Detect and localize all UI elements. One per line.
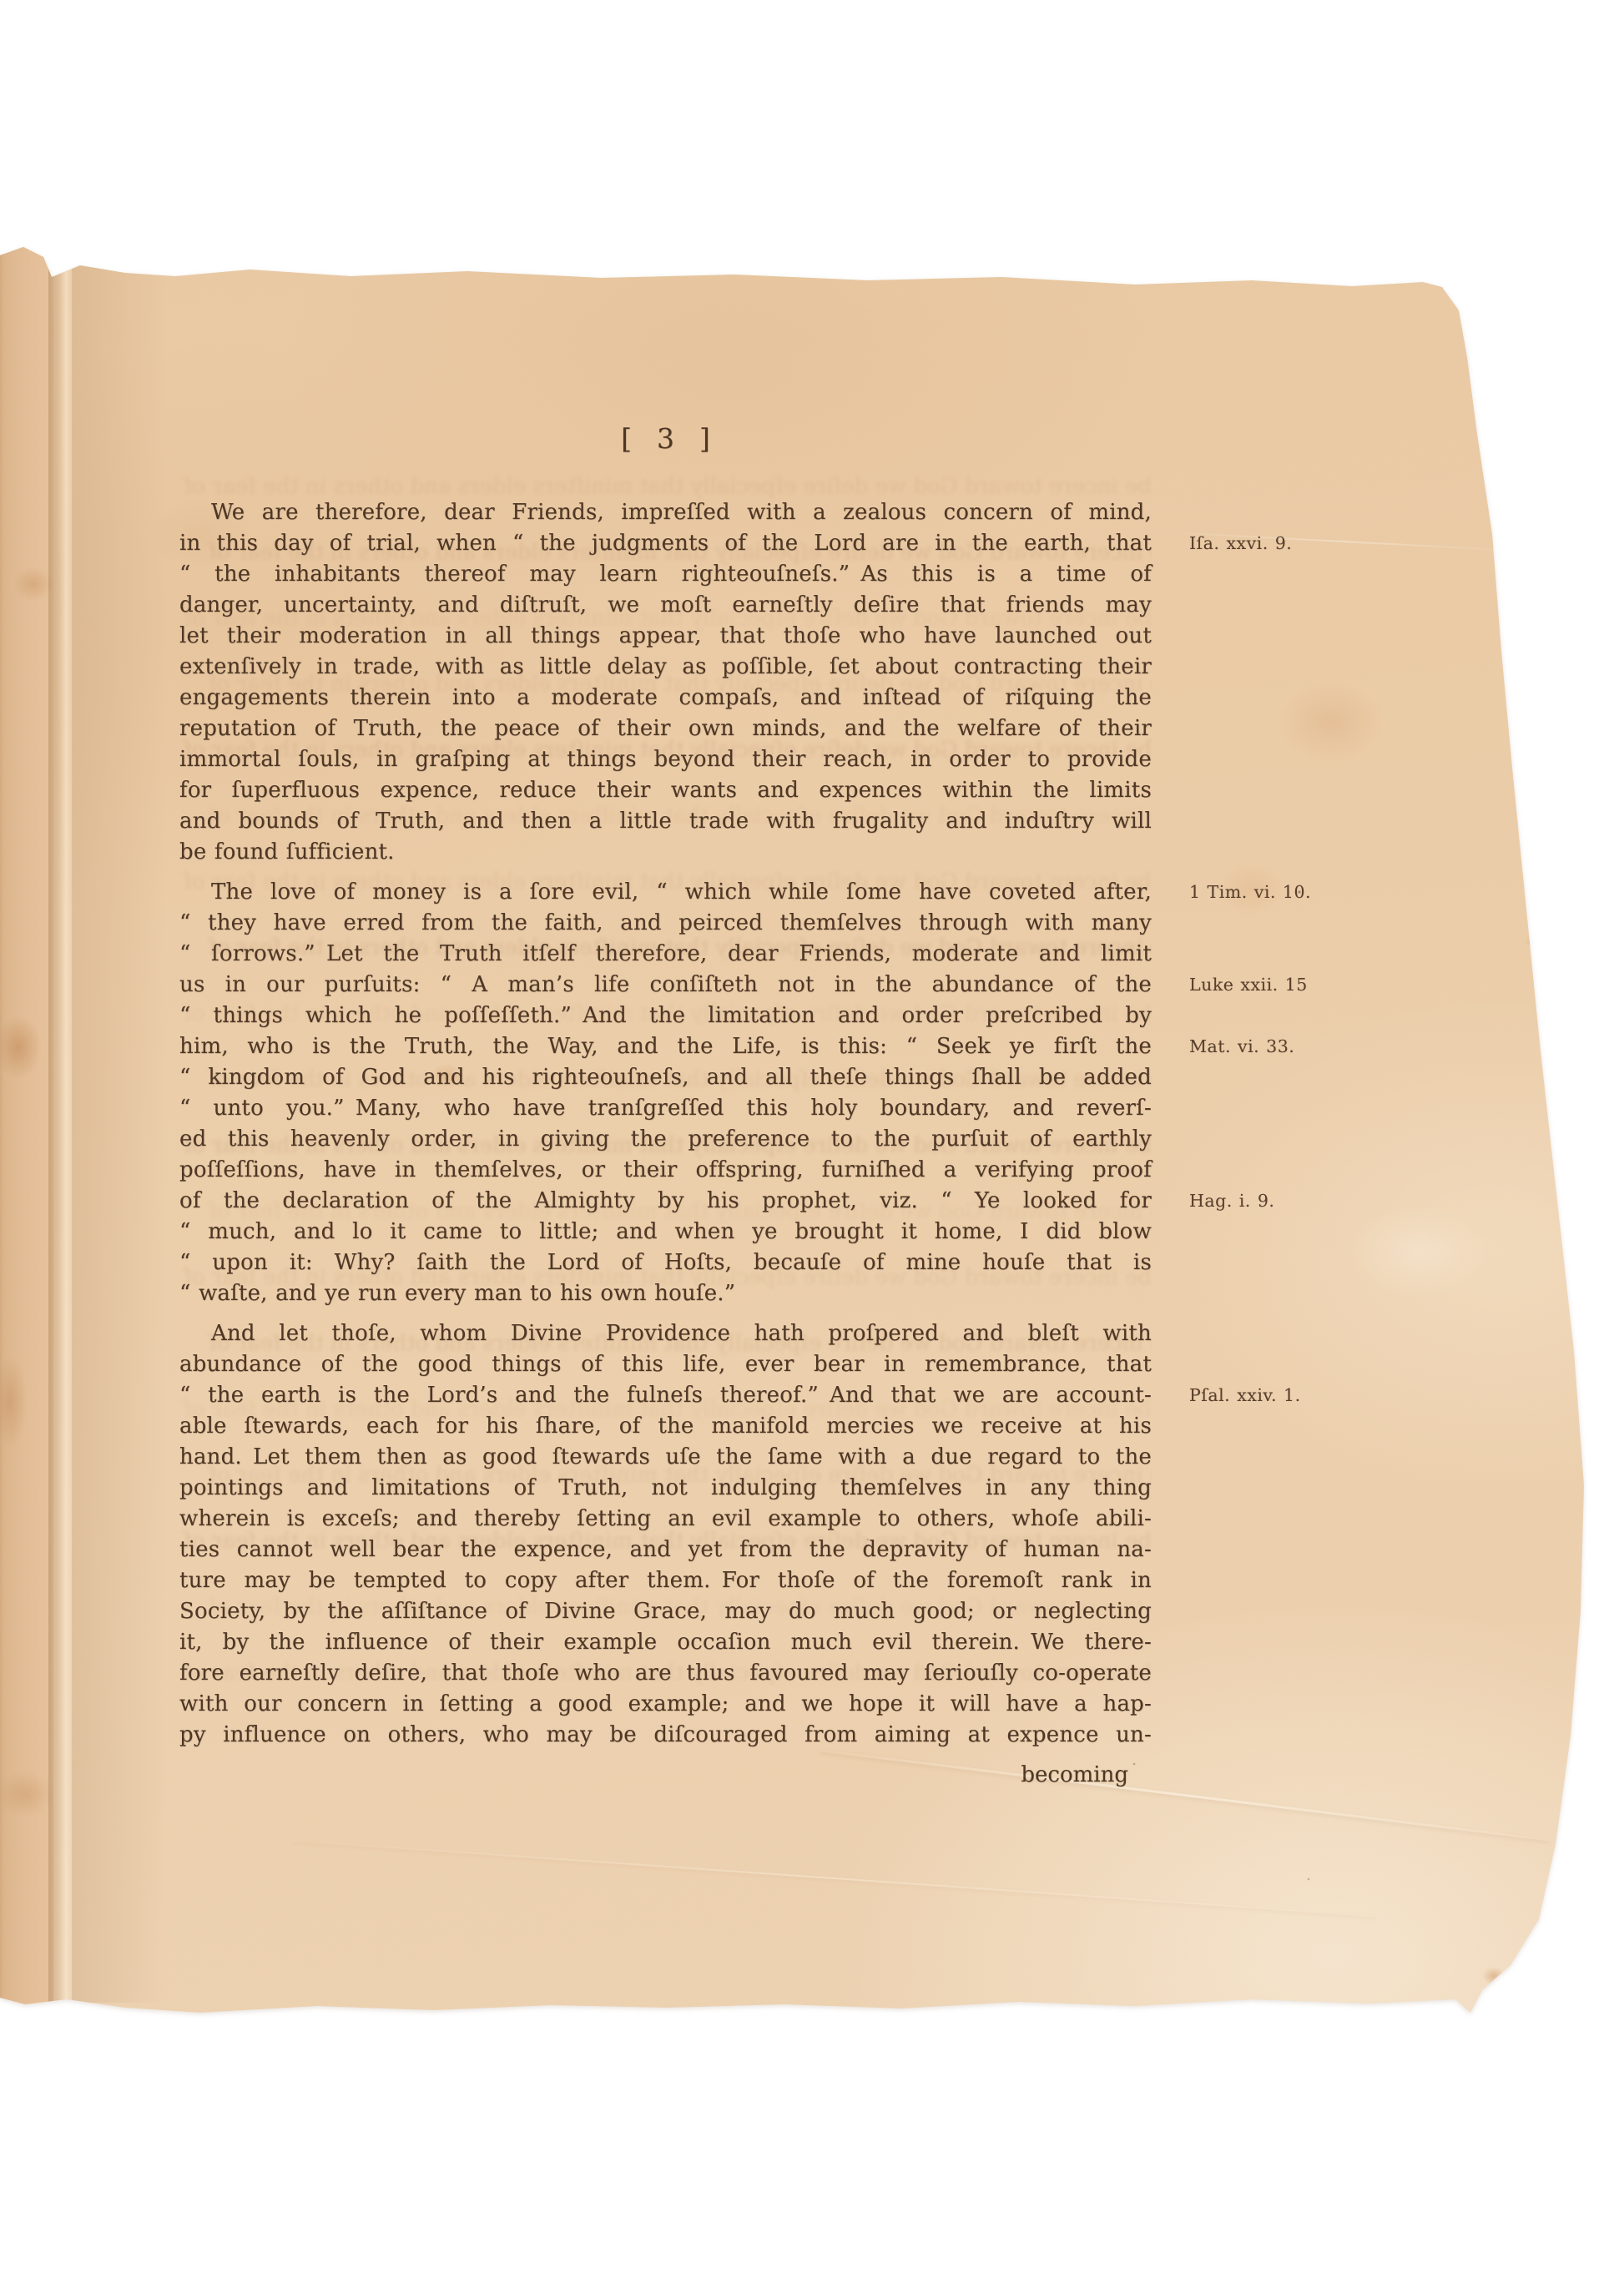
body-line: “ the earth is the Lord’s and the fulneſ… [179,1380,1152,1411]
page-number-value: 3 [657,422,674,455]
body-line: of the declaration of the Almighty by hi… [179,1186,1152,1217]
paragraph: And let thoſe, whom Divine Providence ha… [179,1318,1152,1751]
diagonal-crease [294,1840,1376,1918]
paper-shadow-wrap: be incere toward God we deſire eſpeciall… [0,0,1624,2273]
body-line: “ unto you.” Many, who have tranſgreſſed… [179,1093,1152,1124]
body-line-text: danger, uncertainty, and diſtruſt, we mo… [179,592,1152,617]
body-line: py influence on others, who may be diſco… [179,1720,1152,1751]
paragraph: We are therefore, dear Friends, impreſſe… [179,497,1152,868]
page-number-bracket-left: [ [621,422,632,455]
verso-showthrough-text: be incere toward God we deſire eſpeciall… [179,0,1152,2273]
body-line: “ upon it: Why? ſaith the Lord of Hoſts,… [179,1247,1152,1278]
body-line: pointings and limitations of Truth, not … [179,1473,1152,1504]
body-line-text: “ things which he poſſeſſeth.” And the l… [179,1003,1152,1028]
paragraph: The love of money is a ſore evil, “ whic… [179,877,1152,1309]
body-line: ture may be tempted to copy after them. … [179,1565,1152,1596]
ghost-text-line: be incere toward God we deſire eſpeciall… [179,1262,1152,1293]
body-line: able ſtewards, each for his ſhare, of th… [179,1411,1152,1442]
antique-paper-sheet: be incere toward God we deſire eſpeciall… [0,0,1624,2273]
margin-scripture-reference: Iſa. xxvi. 9. [1189,528,1292,559]
body-line: “ ſorrows.” Let the Truth itſelf therefo… [179,939,1152,970]
body-line: reputation of Truth, the peace of their … [179,713,1152,744]
body-line: We are therefore, dear Friends, impreſſe… [179,497,1152,528]
body-line-text: us in our purſuits: “ A man’s life conſi… [179,972,1152,997]
body-line-text: be found ſufficient. [179,839,395,864]
body-line: for ſuperfluous expence, reduce their wa… [179,775,1152,806]
body-line-text: “ much, and lo it came to little; and wh… [179,1219,1152,1244]
diagonal-crease [820,1749,1550,1841]
body-line-text: fore earneſtly deſire, that thoſe who ar… [179,1661,1152,1686]
ghost-text-line: be incere toward God we deſire eſpeciall… [179,867,1152,898]
page-number: [3] [179,422,1152,455]
ghost-text-line: be incere toward God we deſire eſpeciall… [204,1460,1152,1491]
body-line-text: Society, by the aſſiſtance of Divine Gra… [179,1599,1152,1624]
body-line-text: wherein is exceſs; and thereby ſetting a… [179,1506,1152,1531]
ghost-text-line: be incere toward God we deſire eſpeciall… [179,1394,1152,1425]
body-line-text: able ſtewards, each for his ſhare, of th… [179,1414,1152,1439]
catchword: becoming [179,1760,1152,1791]
body-line-text: ture may be tempted to copy after them. … [179,1568,1152,1593]
body-line: extenſively in trade, with as little del… [179,652,1152,683]
body-line-text: “ waſte, and ye run every man to his own… [179,1281,735,1306]
fold-shadow-band [72,250,168,2003]
body-line-text: The love of money is a ſore evil, “ whic… [211,879,1152,905]
body-line-text: reputation of Truth, the peace of their … [179,716,1152,741]
body-line: him, who is the Truth, the Way, and the … [179,1031,1152,1062]
ghost-text-line: be incere toward God we deſire eſpeciall… [179,1131,1152,1162]
body-line-text: engagements therein into a moderate comp… [179,685,1152,710]
foxing-stains [0,0,1624,2273]
body-line: engagements therein into a moderate comp… [179,683,1152,713]
body-line: ed this heavenly order, in giving the pr… [179,1124,1152,1155]
left-fold-stub [0,247,53,2008]
body-line: “ kingdom of God and his righteouſneſs, … [179,1062,1152,1093]
ghost-text-line: be incere toward God we deſire eſpeciall… [204,1197,1152,1227]
body-line: “ things which he poſſeſſeth.” And the l… [179,1000,1152,1031]
body-line: danger, uncertainty, and diſtruſt, we mo… [179,590,1152,621]
body-line: poſſeſſions, have in themſelves, or thei… [179,1155,1152,1186]
body-line: us in our purſuits: “ A man’s life conſi… [179,970,1152,1000]
margin-scripture-reference: Mat. vi. 33. [1189,1031,1294,1062]
body-line-text: in this day of trial, when “ the judgmen… [179,531,1152,556]
ghost-text-line: be incere toward God we deſire eſpeciall… [204,1328,1152,1359]
body-line: and bounds of Truth, and then a little t… [179,806,1152,837]
body-line-text: with our concern in ſetting a good examp… [179,1691,1152,1716]
body-line-text: ties cannot well bear the expence, and y… [179,1537,1152,1562]
paper-grain-texture [0,0,1624,2273]
body-line: ties cannot well bear the expence, and y… [179,1535,1152,1565]
ghost-text-line: be incere toward God we deſire eſpeciall… [179,471,1152,502]
body-line-text: “ ſorrows.” Let the Truth itſelf therefo… [179,941,1152,966]
body-line: The love of money is a ſore evil, “ whic… [179,877,1152,908]
ghost-text-line: be incere toward God we deſire eſpeciall… [204,1592,1152,1623]
body-line-text: pointings and limitations of Truth, not … [179,1475,1152,1500]
body-line: with our concern in ſetting a good examp… [179,1689,1152,1720]
body-line-text: We are therefore, dear Friends, impreſſe… [211,500,1152,525]
ghost-text-line: be incere toward God we deſire eſpeciall… [179,999,1152,1030]
body-line: And let thoſe, whom Divine Providence ha… [179,1318,1152,1349]
margin-scripture-reference: 1 Tim. vi. 10. [1189,877,1311,908]
body-line: “ they have erred from the faith, and pe… [179,908,1152,939]
body-line-text: for ſuperfluous expence, reduce their wa… [179,778,1152,803]
body-line-text: poſſeſſions, have in themſelves, or thei… [179,1157,1152,1182]
ghost-text-line: be incere toward God we deſire eſpeciall… [204,537,1152,568]
body-line: wherein is exceſs; and thereby ſetting a… [179,1504,1152,1535]
body-line: “ waſte, and ye run every man to his own… [179,1278,1152,1309]
ghost-text-line: be incere toward God we deſire eſpeciall… [204,801,1152,832]
body-line: let their moderation in all things appea… [179,621,1152,652]
body-line-text: of the declaration of the Almighty by hi… [179,1188,1152,1213]
ghost-text-line: be incere toward God we deſire eſpeciall… [179,735,1152,766]
body-line-text: and bounds of Truth, and then a little t… [179,809,1152,834]
body-line: immortal ſouls, in graſping at things be… [179,744,1152,775]
body-line: it, by the influence of their example oc… [179,1627,1152,1658]
page-number-bracket-right: ] [699,422,710,455]
margin-scripture-reference: Pſal. xxiv. 1. [1189,1380,1301,1411]
body-line-text: him, who is the Truth, the Way, and the … [179,1034,1152,1059]
body-line: be found ſufficient. [179,837,1152,868]
body-line-text: extenſively in trade, with as little del… [179,654,1152,679]
body-line-text: ed this heavenly order, in giving the pr… [179,1126,1152,1152]
body-line-text: “ they have erred from the faith, and pe… [179,910,1152,935]
body-line-text: hand. Let them then as good ſtewards uſe… [179,1444,1152,1469]
vertical-fold-crease [48,250,73,2006]
ghost-text-line: be incere toward God we deſire eſpeciall… [179,1526,1152,1557]
ghost-text-line: be incere toward God we deſire eſpeciall… [204,669,1152,700]
body-line-text: “ the earth is the Lord’s and the fulneſ… [179,1383,1152,1408]
body-line-text: “ unto you.” Many, who have tranſgreſſed… [179,1096,1152,1121]
body-line-text: “ the inhabitants thereof may learn righ… [179,562,1152,587]
scanned-document-page: be incere toward God we deſire eſpeciall… [0,0,1624,2273]
ghost-text-line: be incere toward God we deſire eſpeciall… [179,1658,1152,1689]
body-line: “ much, and lo it came to little; and wh… [179,1217,1152,1247]
ghost-text-line: be incere toward God we deſire eſpeciall… [179,603,1152,634]
margin-scripture-reference: Hag. i. 9. [1189,1186,1274,1217]
margin-scripture-reference: Luke xxii. 15 [1189,970,1308,1000]
body-line: in this day of trial, when “ the judgmen… [179,528,1152,559]
body-line: hand. Let them then as good ſtewards uſe… [179,1442,1152,1473]
ghost-text-line: be incere toward God we deſire eſpeciall… [204,933,1152,964]
body-line-text: let their moderation in all things appea… [179,623,1152,648]
body-line-text: it, by the influence of their example oc… [179,1630,1152,1655]
body-line: abundance of the good things of this lif… [179,1349,1152,1380]
body-line-text: And let thoſe, whom Divine Providence ha… [211,1321,1152,1346]
body-line-text: “ kingdom of God and his righteouſneſs, … [179,1065,1152,1090]
body-line-text: immortal ſouls, in graſping at things be… [179,747,1152,772]
body-line: fore earneſtly deſire, that thoſe who ar… [179,1658,1152,1689]
body-line: Society, by the aſſiſtance of Divine Gra… [179,1596,1152,1627]
text-block: We are therefore, dear Friends, impreſſe… [179,497,1152,1791]
diagonal-crease [1168,532,1519,552]
body-line-text: abundance of the good things of this lif… [179,1352,1152,1377]
body-line: “ the inhabitants thereof may learn righ… [179,559,1152,590]
body-line-text: “ upon it: Why? ſaith the Lord of Hoſts,… [179,1250,1152,1275]
ghost-text-line: be incere toward God we deſire eſpeciall… [204,1065,1152,1096]
body-line-text: py influence on others, who may be diſco… [179,1722,1152,1747]
